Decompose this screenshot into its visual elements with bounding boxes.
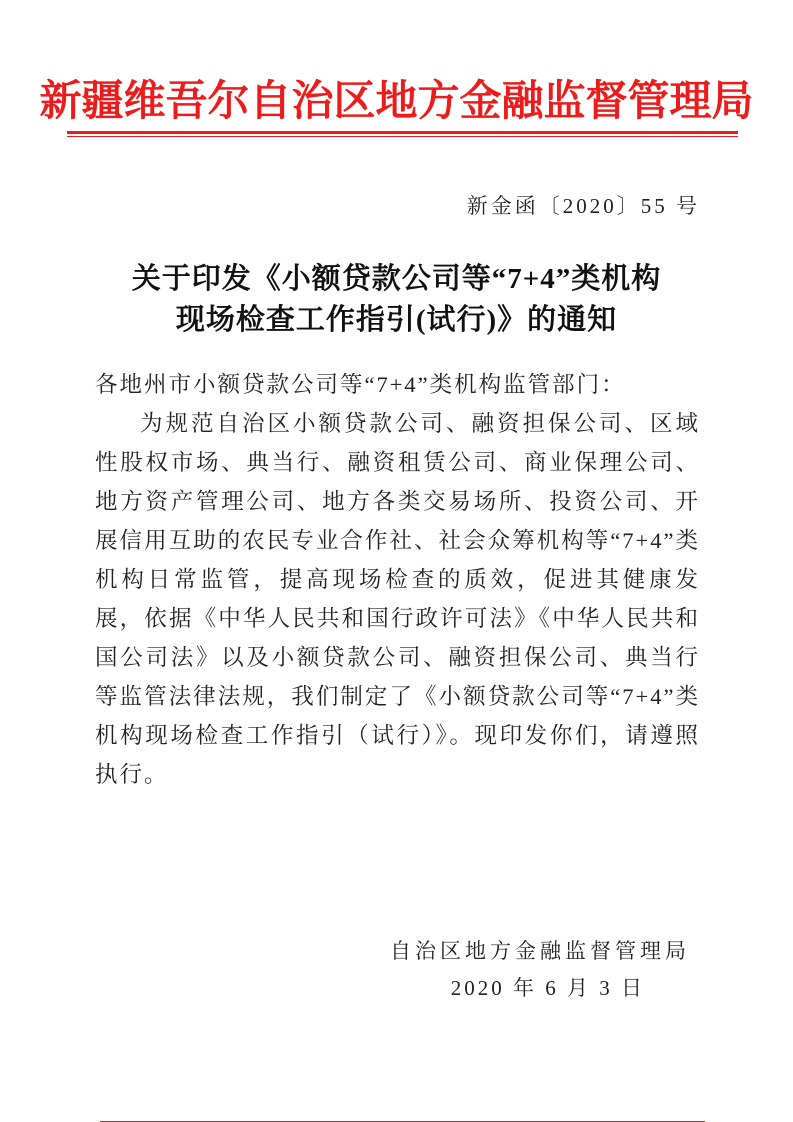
document-number: 新金函〔2020〕55 号 [0,193,793,219]
issuing-org-title: 新疆维吾尔自治区地方金融监督管理局 [0,0,793,128]
salutation-line: 各地州市小额贷款公司等“7+4”类机构监管部门： [95,365,700,404]
masthead-double-rule [67,131,738,137]
document-title-line-1: 关于印发《小额贷款公司等“7+4”类机构 [0,259,793,300]
document-title: 关于印发《小额贷款公司等“7+4”类机构 现场检查工作指引(试行)》的通知 [0,259,793,341]
signature-date: 2020 年 6 月 3 日 [0,970,793,1007]
signature-org-name: 自治区地方金融监督管理局 [0,933,793,970]
rule-thin-line [67,136,738,137]
document-body: 各地州市小额贷款公司等“7+4”类机构监管部门： 为规范自治区小额贷款公司、融资… [0,365,793,794]
signature-block: 自治区地方金融监督管理局 2020 年 6 月 3 日 [0,933,793,1007]
masthead: 新疆维吾尔自治区地方金融监督管理局 [0,0,793,137]
document-page: 新疆维吾尔自治区地方金融监督管理局 新金函〔2020〕55 号 关于印发《小额贷… [0,0,793,1122]
document-title-line-2: 现场检查工作指引(试行)》的通知 [0,300,793,341]
body-paragraph: 为规范自治区小额贷款公司、融资担保公司、区域性股权市场、典当行、融资租赁公司、商… [95,404,700,794]
